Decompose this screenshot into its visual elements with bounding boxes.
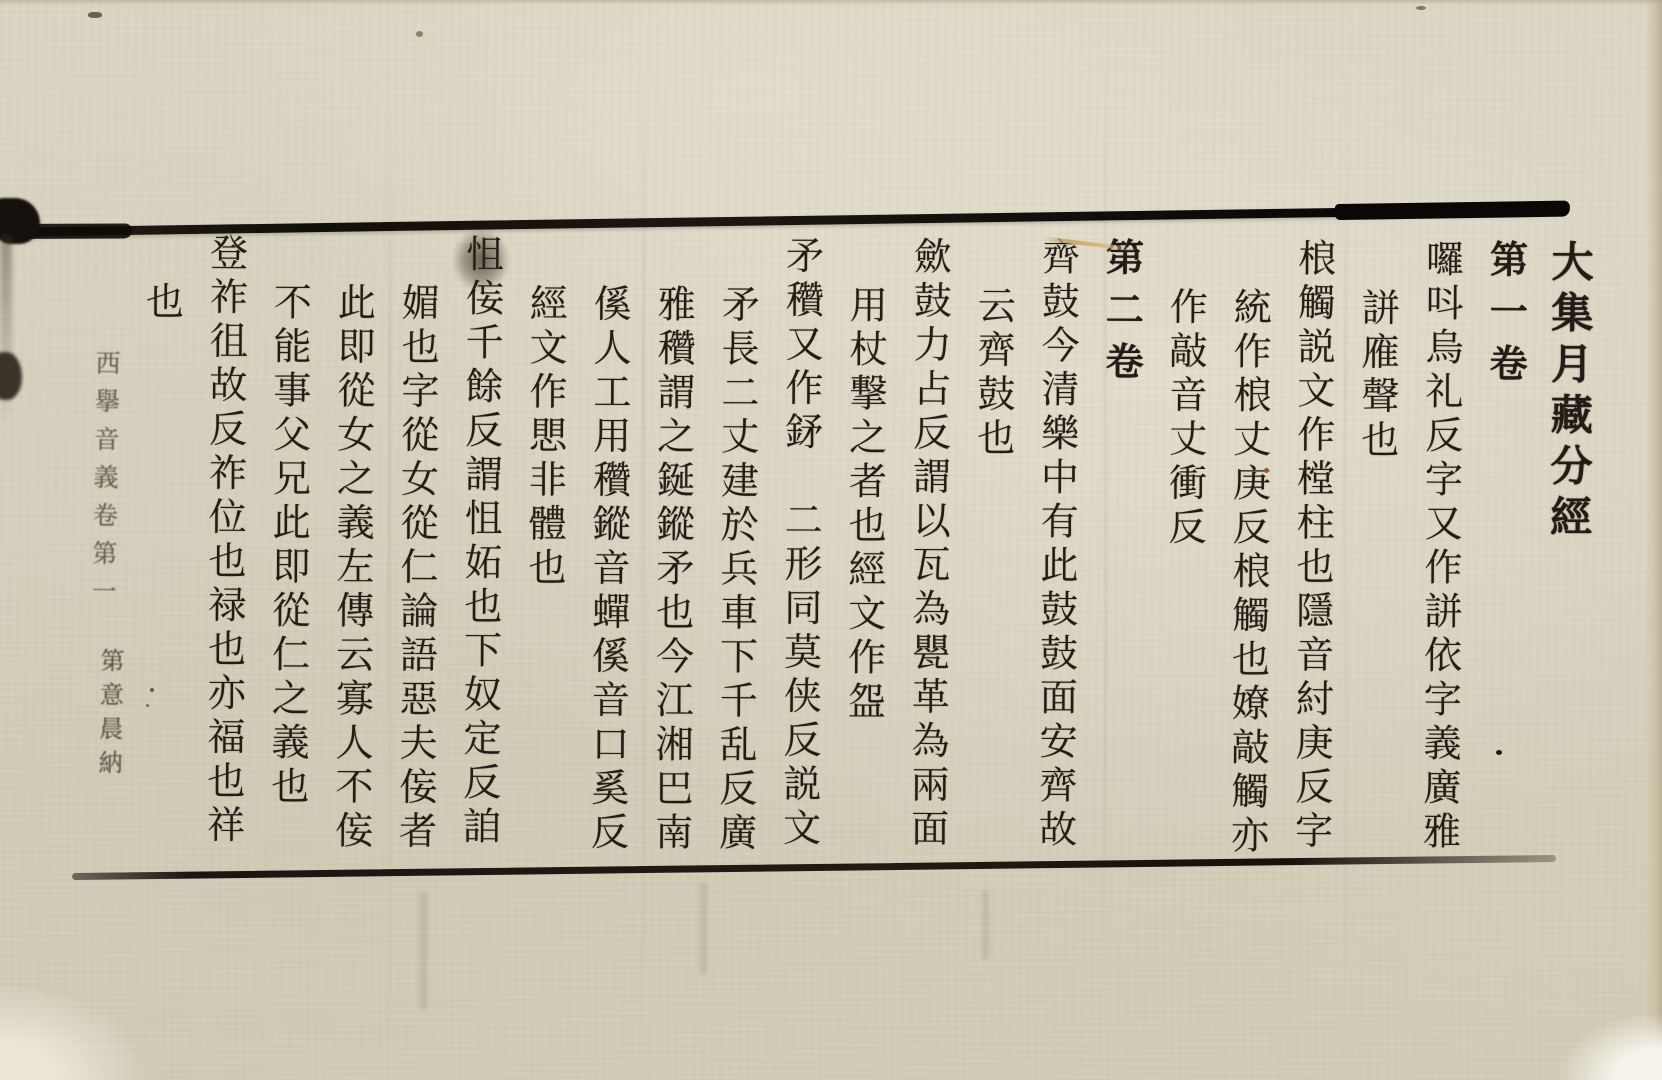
text-column: 用杖撃之者也經文作盌 [830,236,897,891]
text-column: 媚也字從女從仁論語惡夫侫者 [382,233,449,888]
text-column: 云齊鼓也 [958,237,1025,892]
colophon-line-2: 第意晨納 [91,648,128,785]
text-column: 雅穳謂之鋋鏦矛也今江湘巴南 [638,235,705,890]
corner-light-bottom-left [0,960,200,1080]
text-column: 不能事父兄此即從仁之義也 [254,233,321,888]
text-block: 大集月藏分經 第一卷 囉呌烏礼反字又作誁依字義廣雅 誁䧹聲也 桹觸説文作樘柱也隱… [126,232,1601,895]
entry-column-liangu: 歛鼓力占反謂以瓦為甖革為兩面 [894,236,961,891]
page-top-edge [0,0,1662,5]
entry-column-dengzuo: 登祚徂故反祚位也禄也亦福也祥 [190,232,257,887]
paper-stain [88,12,102,18]
entry-column-lang: 桹觸説文作樘柱也隱音紂庚反字 [1278,238,1345,893]
title-column: 大集月藏分經 [1534,240,1601,895]
ink-bleedthrough [420,892,427,1010]
text-column: 此即從女之義左傳云寡人不侫 [318,233,385,888]
ink-bleedthrough [700,882,707,974]
text-column: 也 [126,232,193,887]
text-column: 傒人工用穳鏦音蟬傒音口奚反 [574,234,641,889]
volume-1-column: 第一卷 [1470,239,1537,894]
entry-column-mao: 矛穳又作𨥨𢦦二形同莫侠反説文 [766,236,833,891]
text-column: 作敲音丈衝反 [1150,238,1217,893]
entry-column-juning: 怚侫千餘反謂怚妬也下奴定反詯 [446,234,513,889]
text-column: 誁䧹聲也 [1342,239,1409,894]
entry-column-qigu: 齊鼓今清樂中有此鼓鼓面安齊故 [1022,237,1089,892]
volume-2-column: 第二卷 [1086,237,1153,892]
colophon-line-1: 西擧音義卷第一 [84,350,125,617]
text-column: 經文作愳非體也 [510,234,577,889]
text-column: 統作桹丈庚反桹觸也嫽敲觸亦 [1214,238,1281,893]
paper-sheet: 大集月藏分經 第一卷 囉呌烏礼反字又作誁依字義廣雅 誁䧹聲也 桹觸説文作樘柱也隱… [0,0,1662,1080]
ink-blob-left-edge [0,352,22,400]
paper-stain [416,31,423,37]
ink-blob-top-left [0,198,40,244]
paper-stain [1416,6,1426,10]
ink-streak-left-edge [0,235,12,425]
corner-curl-bottom-right [1512,990,1662,1080]
page-right-edge [1646,0,1662,1080]
text-column: 矛長二丈建於兵車下千乱反廣 [702,235,769,890]
ink-bleedthrough [982,890,989,960]
frame-top-rule [30,205,1566,237]
entry-column-luo: 囉呌烏礼反字又作誁依字義廣雅 [1406,239,1473,894]
